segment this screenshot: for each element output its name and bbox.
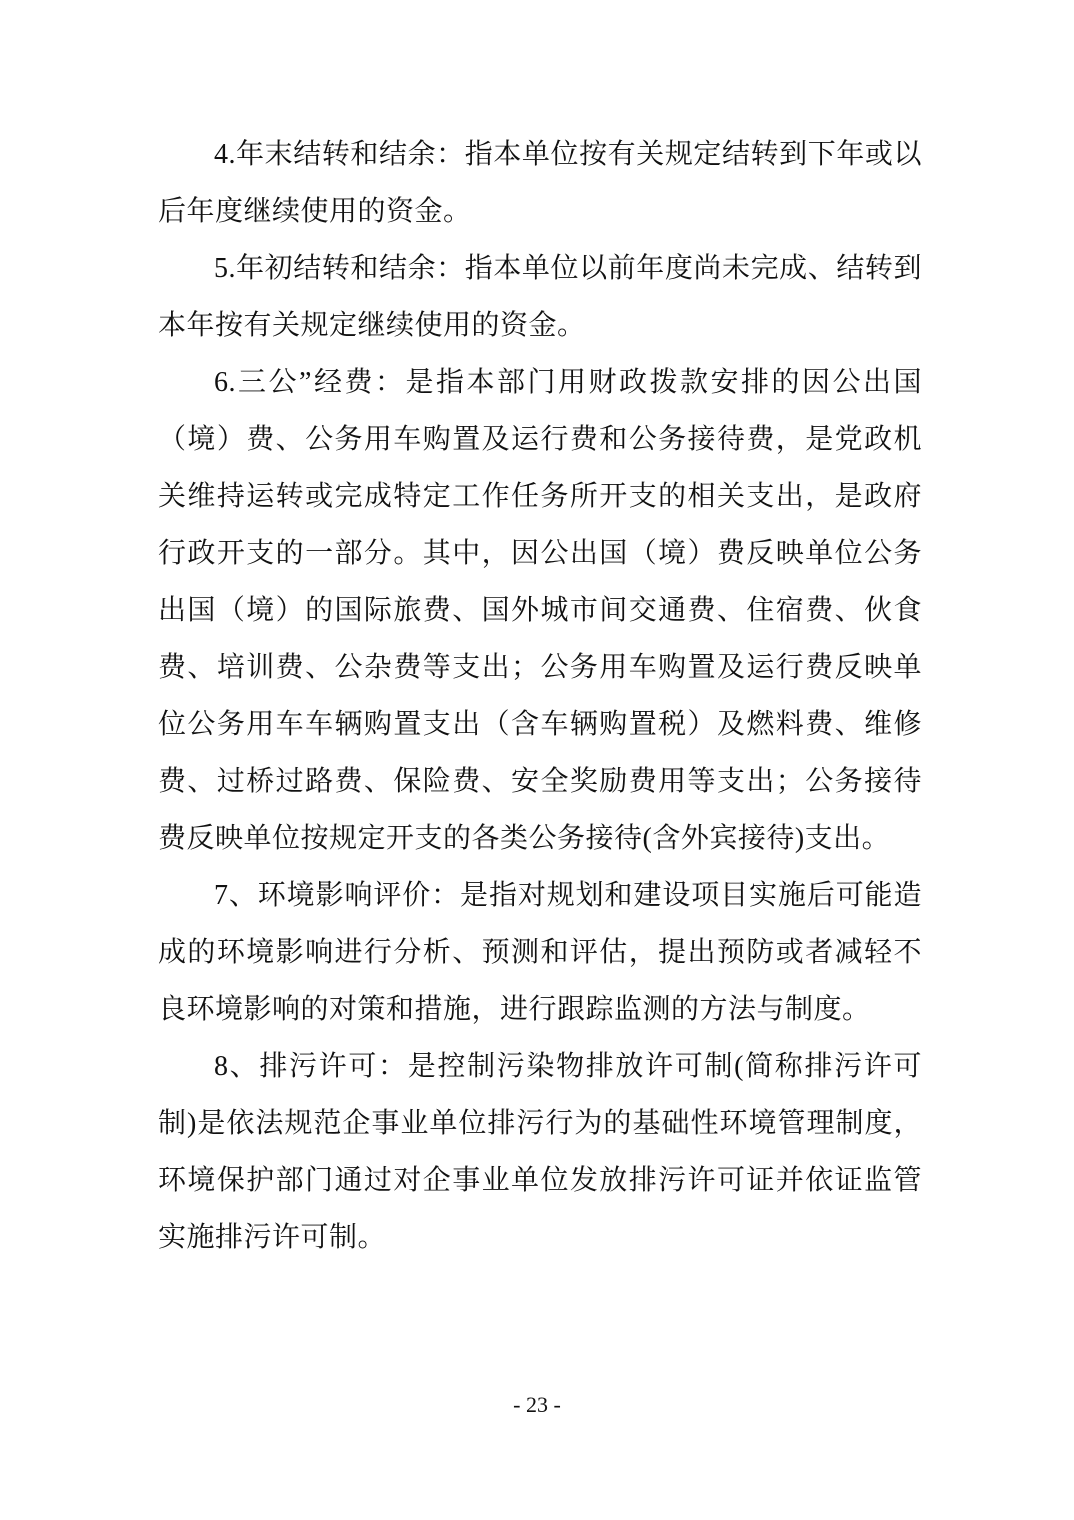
document-page: 4.年末结转和结余：指本单位按有关规定结转到下年或以后年度继续使用的资金。 5.… (0, 0, 1074, 1520)
paragraph-item-4: 4.年末结转和结余：指本单位按有关规定结转到下年或以后年度继续使用的资金。 (158, 126, 922, 240)
paragraph-item-8: 8、排污许可：是控制污染物排放许可制(简称排污许可制)是依法规范企事业单位排污行… (158, 1038, 922, 1266)
paragraph-item-7: 7、环境影响评价：是指对规划和建设项目实施后可能造成的环境影响进行分析、预测和评… (158, 867, 922, 1038)
document-body: 4.年末结转和结余：指本单位按有关规定结转到下年或以后年度继续使用的资金。 5.… (158, 126, 922, 1266)
paragraph-item-5: 5.年初结转和结余：指本单位以前年度尚未完成、结转到本年按有关规定继续使用的资金… (158, 240, 922, 354)
page-number: - 23 - (0, 1390, 1074, 1420)
paragraph-item-6: 6.三公”经费：是指本部门用财政拨款安排的因公出国（境）费、公务用车购置及运行费… (158, 354, 922, 867)
